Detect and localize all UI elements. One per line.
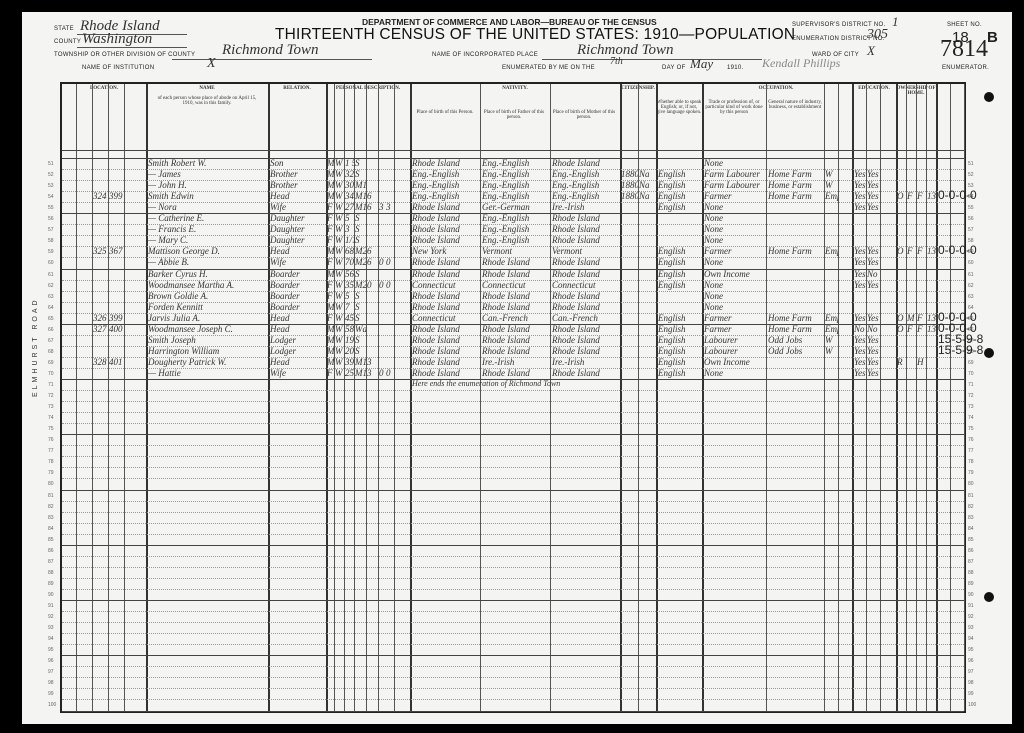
table-row: 327400Woodmansee Joseph C.HeadMW58WdRhod… [62,324,964,335]
cell-lang: English [658,202,702,212]
cell-birth: Eng.-English [412,169,480,179]
line-number: 60 [48,260,54,266]
cell-read: Yes [854,202,866,212]
row-divider [62,655,964,656]
line-number: 97 [968,669,974,675]
cell-trade: None [704,257,766,267]
cell-write: Yes [867,257,879,267]
col-personal: PERSONAL DESCRIPTION. [326,86,410,91]
cell-sex: M [327,180,335,190]
line-number: 89 [968,581,974,587]
cell-age: 35 [345,280,355,290]
cell-natur: Na [639,169,656,179]
line-number: 84 [48,526,54,532]
cell-age: 68 [345,246,355,256]
cell-dwelling: 326 [93,313,108,323]
cell-emp: W [825,180,838,190]
line-number: 73 [48,404,54,410]
cell-age: 34 [345,191,355,201]
table-row: Woodmansee Martha A.BoarderFW35M2000Conn… [62,280,964,291]
line-number: 69 [48,360,54,366]
cell-race: W [335,313,344,323]
cell-birth: Eng.-English [412,180,480,190]
row-divider [62,711,964,712]
line-number: 57 [968,227,974,233]
row-divider [62,534,964,535]
table-row: Here ends the enumeration of Richmond To… [62,379,964,390]
enumeration-day: 7th [610,56,623,67]
cell-immig: 1880 [621,169,638,179]
cell-read: Yes [854,280,866,290]
line-number: 82 [968,504,974,510]
line-number: 71 [968,382,974,388]
cell-mother: Can.-French [552,313,620,323]
cell-father: Eng.-English [482,191,550,201]
cell-age: 45 [345,313,355,323]
cell-trade: Farmer [704,313,766,323]
cell-farm: F [917,191,926,201]
cell-age: 58 [345,324,355,334]
cell-marital: S [355,269,366,279]
line-number: 93 [968,625,974,631]
line-number: 83 [48,515,54,521]
cell-name: — Abbie B. [148,257,268,267]
cell-years: 6 [367,257,378,267]
cell-mother: Rhode Island [552,346,620,356]
cell-marital: M2 [355,246,366,256]
cell-born: 0 [379,280,386,290]
cell-sex: F [327,280,335,290]
cell-birth: Rhode Island [412,202,480,212]
cell-mother: Rhode Island [552,213,620,223]
header-rule [62,150,964,151]
cell-emp: Emp [825,246,838,256]
cell-race: W [335,213,344,223]
cell-sex: M [327,335,335,345]
cell-tally: 0-0-0-0 [938,188,977,202]
cell-trade: Farmer [704,324,766,334]
cell-living: 0 [386,280,394,290]
cell-mother: Rhode Island [552,269,620,279]
cell-marital: M1 [355,357,366,367]
cell-father: Vermont [482,246,550,256]
enumerated-label: Enumerated by me on the [502,65,595,71]
line-number: 53 [48,183,54,189]
cell-lang: English [658,313,702,323]
line-number: 91 [968,603,974,609]
cell-years: 6 [367,246,378,256]
line-number: 92 [48,614,54,620]
col-relation: RELATION. [268,86,326,91]
cell-emp: W [825,335,838,345]
line-number: 77 [48,448,54,454]
cell-write: Yes [867,357,879,367]
cell-age: 39 [345,357,355,367]
row-divider [62,490,964,491]
cell-sex: F [327,257,335,267]
line-number: 79 [48,470,54,476]
line-number: 93 [48,625,54,631]
line-number: 86 [48,548,54,554]
col-birth-mother: Place of birth of Mother of this person. [550,110,618,120]
cell-sex: M [327,324,335,334]
cell-relation: Boarder [270,302,326,312]
cell-read: Yes [854,246,866,256]
cell-marital: S [355,224,366,234]
cell-read: No [854,324,866,334]
cell-owned: O [897,324,906,334]
table-row: Smith Robert W.SonMW1 5/12SRhode IslandE… [62,158,964,169]
cell-marital: S [355,213,366,223]
line-number: 82 [48,504,54,510]
row-divider [62,644,964,645]
row-divider [62,523,964,524]
cell-trade: Farmer [704,246,766,256]
cell-farm: H [917,357,926,367]
cell-race: W [335,202,344,212]
cell-name: Woodmansee Martha A. [148,280,268,290]
cell-age: 7 [345,302,355,312]
col-trade: Trade or profession of, or particular ki… [704,100,764,115]
cell-sex: M [327,169,335,179]
cell-years: 0 [367,280,378,290]
line-number: 85 [968,537,974,543]
census-table: LOCATION. NAME of each person whose plac… [60,82,966,713]
cell-birth: Rhode Island [412,235,480,245]
cell-race: W [335,257,344,267]
cell-living: 0 [386,257,394,267]
line-number: 52 [968,172,974,178]
cell-industry: Home Farm [768,246,824,256]
cell-years: 3 [367,368,378,378]
cell-years: 3 [367,357,378,367]
sheet-side: B [987,29,998,46]
year-label: 1910. [727,65,744,71]
cell-read: Yes [854,335,866,345]
line-number: 85 [48,537,54,543]
line-number: 100 [48,702,56,708]
cell-marital: S [355,158,366,168]
line-number: 79 [968,470,974,476]
line-number: 54 [48,194,54,200]
cell-relation: Brother [270,169,326,179]
cell-mother: Rhode Island [552,335,620,345]
row-divider [62,456,964,457]
cell-relation: Head [270,357,326,367]
cell-name: Smith Joseph [148,335,268,345]
line-number: 74 [48,415,54,421]
line-number: 95 [968,647,974,653]
line-number: 77 [968,448,974,454]
line-number: 96 [48,658,54,664]
cell-family: 399 [109,191,124,201]
row-divider [62,512,964,513]
enumeration-month: May [690,56,713,72]
cell-age: 5 [345,213,355,223]
cell-lang: English [658,357,702,367]
cell-father: Eng.-English [482,213,550,223]
table-row: — John H.BrotherMW30M1Eng.-EnglishEng.-E… [62,180,964,191]
cell-name: Smith Edwin [148,191,268,201]
cell-marital: Wd [355,324,366,334]
cell-read: Yes [854,180,866,190]
line-number: 87 [968,559,974,565]
table-row: — NoraWifeFW27M1633Rhode IslandGer.-Germ… [62,202,964,213]
cell-race: W [335,280,344,290]
cell-race: W [335,224,344,234]
table-row: 325367Mattison George D.HeadMW68M26New Y… [62,246,964,257]
cell-birth: Here ends the enumeration of Richmond To… [412,379,617,388]
cell-mother: Eng.-English [552,169,620,179]
cell-trade: None [704,224,766,234]
line-number: 90 [968,592,974,598]
line-number: 67 [48,338,54,344]
cell-family: 400 [109,324,124,334]
col-industry: General nature of industry, business, or… [766,100,824,110]
line-number: 57 [48,227,54,233]
line-number: 61 [968,272,974,278]
cell-mother: Ire.-Irish [552,357,620,367]
cell-race: W [335,324,344,334]
cell-farm: F [917,313,926,323]
cell-trade: Own Income [704,269,766,279]
cell-trade: None [704,158,766,168]
line-number: 91 [48,603,54,609]
col-location: LOCATION. [62,86,146,91]
cell-name: — John H. [148,180,268,190]
cell-race: W [335,357,344,367]
cell-trade: None [704,202,766,212]
cell-father: Rhode Island [482,324,550,334]
cell-mother: Ire.-Irish [552,202,620,212]
cell-born: 0 [379,368,386,378]
cell-owned: R [897,357,906,367]
row-divider [62,589,964,590]
cell-age: 1/12 [345,235,355,245]
township-label: Township or other division of county [54,52,195,58]
cell-relation: Boarder [270,291,326,301]
cell-lang: English [658,191,702,201]
cell-lang: English [658,180,702,190]
cell-family: 401 [109,357,124,367]
cell-relation: Head [270,313,326,323]
cell-relation: Wife [270,368,326,378]
cell-owned: O [897,313,906,323]
cell-relation: Brother [270,180,326,190]
cell-read: Yes [854,368,866,378]
line-number: 90 [48,592,54,598]
line-number: 65 [48,316,54,322]
cell-birth: New York [412,246,480,256]
col-birth-father: Place of birth of Father of this person. [480,110,548,120]
cell-trade: Farm Labourer [704,169,766,179]
cell-marital: S [355,335,366,345]
cell-mother: Rhode Island [552,302,620,312]
incorporated-place-label: Name of incorporated place [432,52,538,58]
line-number: 63 [968,294,974,300]
township-value: Richmond Town [222,42,319,59]
cell-race: W [335,180,344,190]
line-number: 76 [48,437,54,443]
cell-sex: F [327,313,335,323]
cell-name: — James [148,169,268,179]
cell-write: No [867,324,879,334]
cell-industry: Home Farm [768,180,824,190]
row-divider [62,390,964,391]
cell-name: — Nora [148,202,268,212]
punch-hole [984,348,994,358]
cell-dwelling: 324 [93,191,108,201]
row-divider [62,699,964,700]
cell-relation: Wife [270,202,326,212]
line-number: 73 [968,404,974,410]
line-number: 72 [48,393,54,399]
cell-birth: Rhode Island [412,158,480,168]
table-row: Harrington WilliamLodgerMW20SRhode Islan… [62,346,964,357]
line-number: 81 [48,493,54,499]
cell-marital: M1 [355,191,366,201]
punch-hole [984,92,994,102]
line-number: 75 [968,426,974,432]
cell-sex: M [327,357,335,367]
row-divider [62,501,964,502]
cell-read: Yes [854,169,866,179]
row-divider [62,600,964,601]
cell-marital: S [355,346,366,356]
row-divider [62,611,964,612]
cell-relation: Daughter [270,235,326,245]
cell-name: Smith Robert W. [148,158,268,168]
state-label: State [54,26,74,32]
cell-age: 30 [345,180,355,190]
line-number: 60 [968,260,974,266]
col-language: Whether able to speak English; or, if no… [656,100,702,115]
cell-birth: Rhode Island [412,291,480,301]
cell-write: Yes [867,191,879,201]
cell-relation: Boarder [270,280,326,290]
line-number: 52 [48,172,54,178]
ward-value: X [867,43,875,59]
cell-trade: None [704,302,766,312]
cell-father: Eng.-English [482,169,550,179]
cell-age: 27 [345,202,355,212]
cell-father: Ire.-Irish [482,357,550,367]
line-number: 62 [968,283,974,289]
cell-mother: Rhode Island [552,291,620,301]
cell-lang: English [658,346,702,356]
col-name: NAME [146,86,268,91]
cell-age: 32 [345,169,355,179]
line-number: 51 [48,161,54,167]
cell-read: Yes [854,313,866,323]
cell-race: W [335,346,344,356]
cell-marital: S [355,313,366,323]
cell-living: 0 [386,368,394,378]
supervisor-district-value: 1 [892,14,899,30]
cell-lang: English [658,269,702,279]
cell-name: — Catherine E. [148,213,268,223]
cell-industry: Home Farm [768,313,824,323]
table-row: 324399Smith EdwinHeadMW34M16Eng.-English… [62,191,964,202]
cell-birth: Rhode Island [412,335,480,345]
line-number: 80 [968,481,974,487]
cell-lang: English [658,368,702,378]
col-birth-person: Place of birth of this Person. [412,110,478,115]
row-divider [62,688,964,689]
cell-mother: Eng.-English [552,191,620,201]
cell-mother: Rhode Island [552,158,620,168]
col-nativity: NATIVITY. [410,86,620,91]
cell-write: Yes [867,169,879,179]
cell-trade: Labourer [704,346,766,356]
cell-industry: Odd Jobs [768,346,824,356]
ward-label: Ward of city [812,52,859,58]
cell-sex: M [327,269,335,279]
cell-trade: None [704,280,766,290]
cell-dwelling: 328 [93,357,108,367]
cell-sex: F [327,235,335,245]
cell-sched: 134 [927,313,936,323]
cell-farm: F [917,324,926,334]
enumerator-signature: Kendall Phillips [762,56,840,71]
cell-trade: None [704,291,766,301]
cell-father: Rhode Island [482,346,550,356]
cell-birth: Eng.-English [412,191,480,201]
cell-industry: Odd Jobs [768,335,824,345]
cell-natur: Na [639,180,656,190]
cell-father: Rhode Island [482,335,550,345]
cell-age: 1 5/12 [345,158,355,168]
cell-birth: Rhode Island [412,257,480,267]
cell-sex: M [327,191,335,201]
cell-father: Ger.-German [482,202,550,212]
row-divider [62,478,964,479]
cell-trade: Labourer [704,335,766,345]
cell-write: Yes [867,346,879,356]
cell-living: 3 [386,202,394,212]
cell-sex: M [327,346,335,356]
cell-relation: Lodger [270,346,326,356]
line-number: 97 [48,669,54,675]
line-number: 100 [968,702,976,708]
line-number: 94 [48,636,54,642]
cell-mother: Rhode Island [552,235,620,245]
table-row: — Francis E.DaughterFW3SRhode IslandEng.… [62,224,964,235]
table-row: Forden KennittBoarderMW7SRhode IslandRho… [62,302,964,313]
cell-sex: F [327,291,335,301]
cell-trade: Own Income [704,357,766,367]
cell-born: 3 [379,202,386,212]
table-row: 328401Dougherty Patrick W.HeadMW39M13Rho… [62,357,964,368]
cell-name: — Hattie [148,368,268,378]
cell-sex: F [327,224,335,234]
cell-years: 6 [367,202,378,212]
cell-mother: Rhode Island [552,324,620,334]
column-divider [964,84,965,711]
cell-age: 25 [345,368,355,378]
cell-name: Jarvis Julia A. [148,313,268,323]
cell-mother: Rhode Island [552,257,620,267]
cell-write: Yes [867,180,879,190]
line-number: 99 [48,691,54,697]
row-divider [62,401,964,402]
line-number: 56 [968,216,974,222]
cell-emp: W [825,169,838,179]
line-number: 98 [48,680,54,686]
cell-industry: Home Farm [768,324,824,334]
cell-marital: M1 [355,180,366,190]
row-divider [62,622,964,623]
